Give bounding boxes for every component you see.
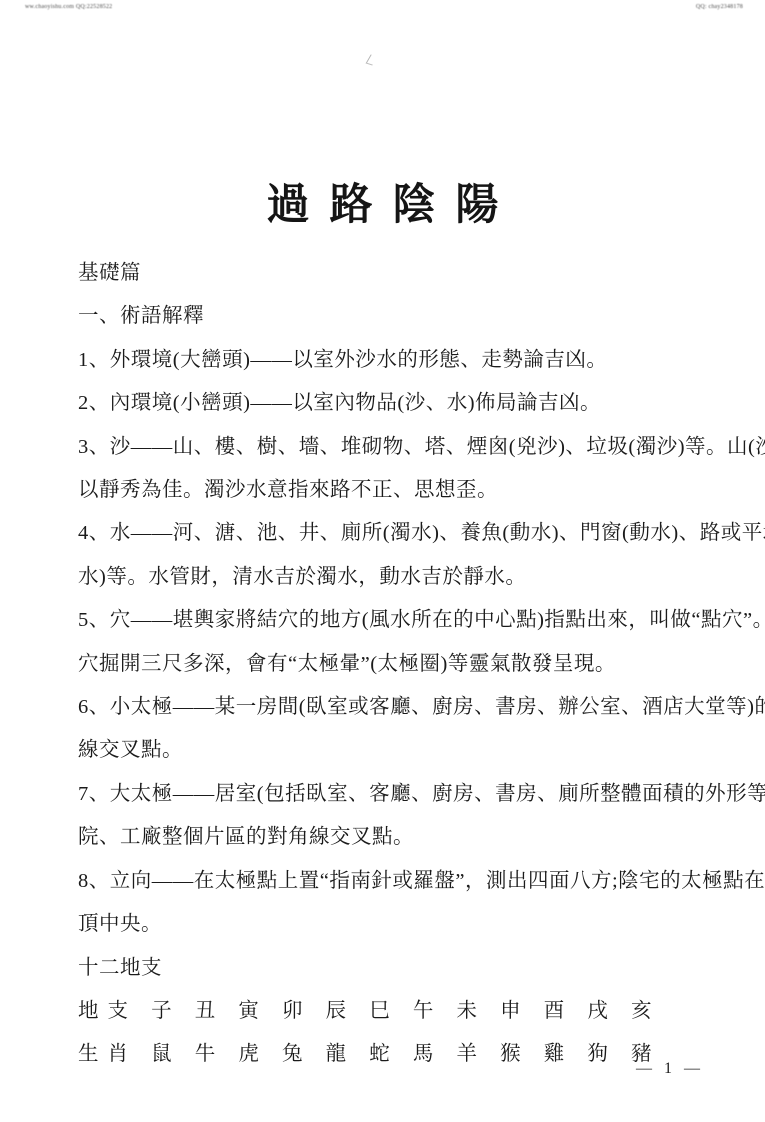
term-line-4b: 水)等。水管財，清水吉於濁水，動水吉於靜水。 xyxy=(78,556,715,599)
term-line-4a: 4、水——河、溏、池、井、廁所(濁水)、養魚(動水)、門窗(動水)、路或平地(虛… xyxy=(78,512,715,555)
term-line-5b: 穴掘開三尺多深，會有“太極暈”(太極圈)等靈氣散發呈現。 xyxy=(78,643,715,686)
earthly-branches-row: 地支 子 丑 寅 卯 辰 巳 午 未 申 酉 戌 亥 xyxy=(78,990,715,1033)
term-line-5a: 5、穴——堪輿家將結穴的地方(風水所在的中心點)指點出來，叫做“點穴”。真 xyxy=(78,599,715,642)
term-line-6a: 6、小太極——某一房間(臥室或客廳、廚房、書房、辦公室、酒店大堂等)的對角 xyxy=(78,686,715,729)
document-title: 過路陰陽 xyxy=(0,171,765,232)
scan-artifact-speck xyxy=(366,54,378,65)
watermark-url-top-left: ww.chaoyishu.com QQ:22528522 xyxy=(25,3,112,11)
document-body: 基礎篇 一、術語解釋 1、外環境(大巒頭)——以室外沙水的形態、走勢論吉凶。 2… xyxy=(78,252,715,1077)
term-line-8a: 8、立向——在太極點上置“指南針或羅盤”，測出四面八方;陰宅的太極點在墳 xyxy=(78,860,715,903)
section-heading-basics: 基礎篇 xyxy=(78,252,715,295)
zodiac-animals-row: 生肖 鼠 牛 虎 兔 龍 蛇 馬 羊 猴 雞 狗 豬 xyxy=(78,1033,715,1076)
term-line-3b: 以靜秀為佳。濁沙水意指來路不正、思想歪。 xyxy=(78,469,715,512)
term-line-3a: 3、沙——山、樓、樹、墻、堆砌物、塔、煙囪(兇沙)、垃圾(濁沙)等。山(沙)管人… xyxy=(78,426,715,469)
section-heading-terminology: 一、術語解釋 xyxy=(78,295,715,338)
term-line-2: 2、內環境(小巒頭)——以室內物品(沙、水)佈局論吉凶。 xyxy=(78,382,715,425)
term-line-1: 1、外環境(大巒頭)——以室外沙水的形態、走勢論吉凶。 xyxy=(78,339,715,382)
term-line-7b: 院、工廠整個片區的對角線交叉點。 xyxy=(78,816,715,859)
term-line-6b: 線交叉點。 xyxy=(78,729,715,772)
scanned-document-page: ww.chaoyishu.com QQ:22528522 QQ: chay234… xyxy=(0,0,765,1122)
page-number: — 1 — xyxy=(636,1060,704,1078)
watermark-top-right: QQ: chay2348178 xyxy=(696,3,743,11)
term-line-7a: 7、大太極——居室(包括臥室、客廳、廚房、書房、廁所整體面積的外形等)或庭 xyxy=(78,773,715,816)
term-line-8b: 頂中央。 xyxy=(78,903,715,946)
section-heading-branches: 十二地支 xyxy=(78,947,715,990)
